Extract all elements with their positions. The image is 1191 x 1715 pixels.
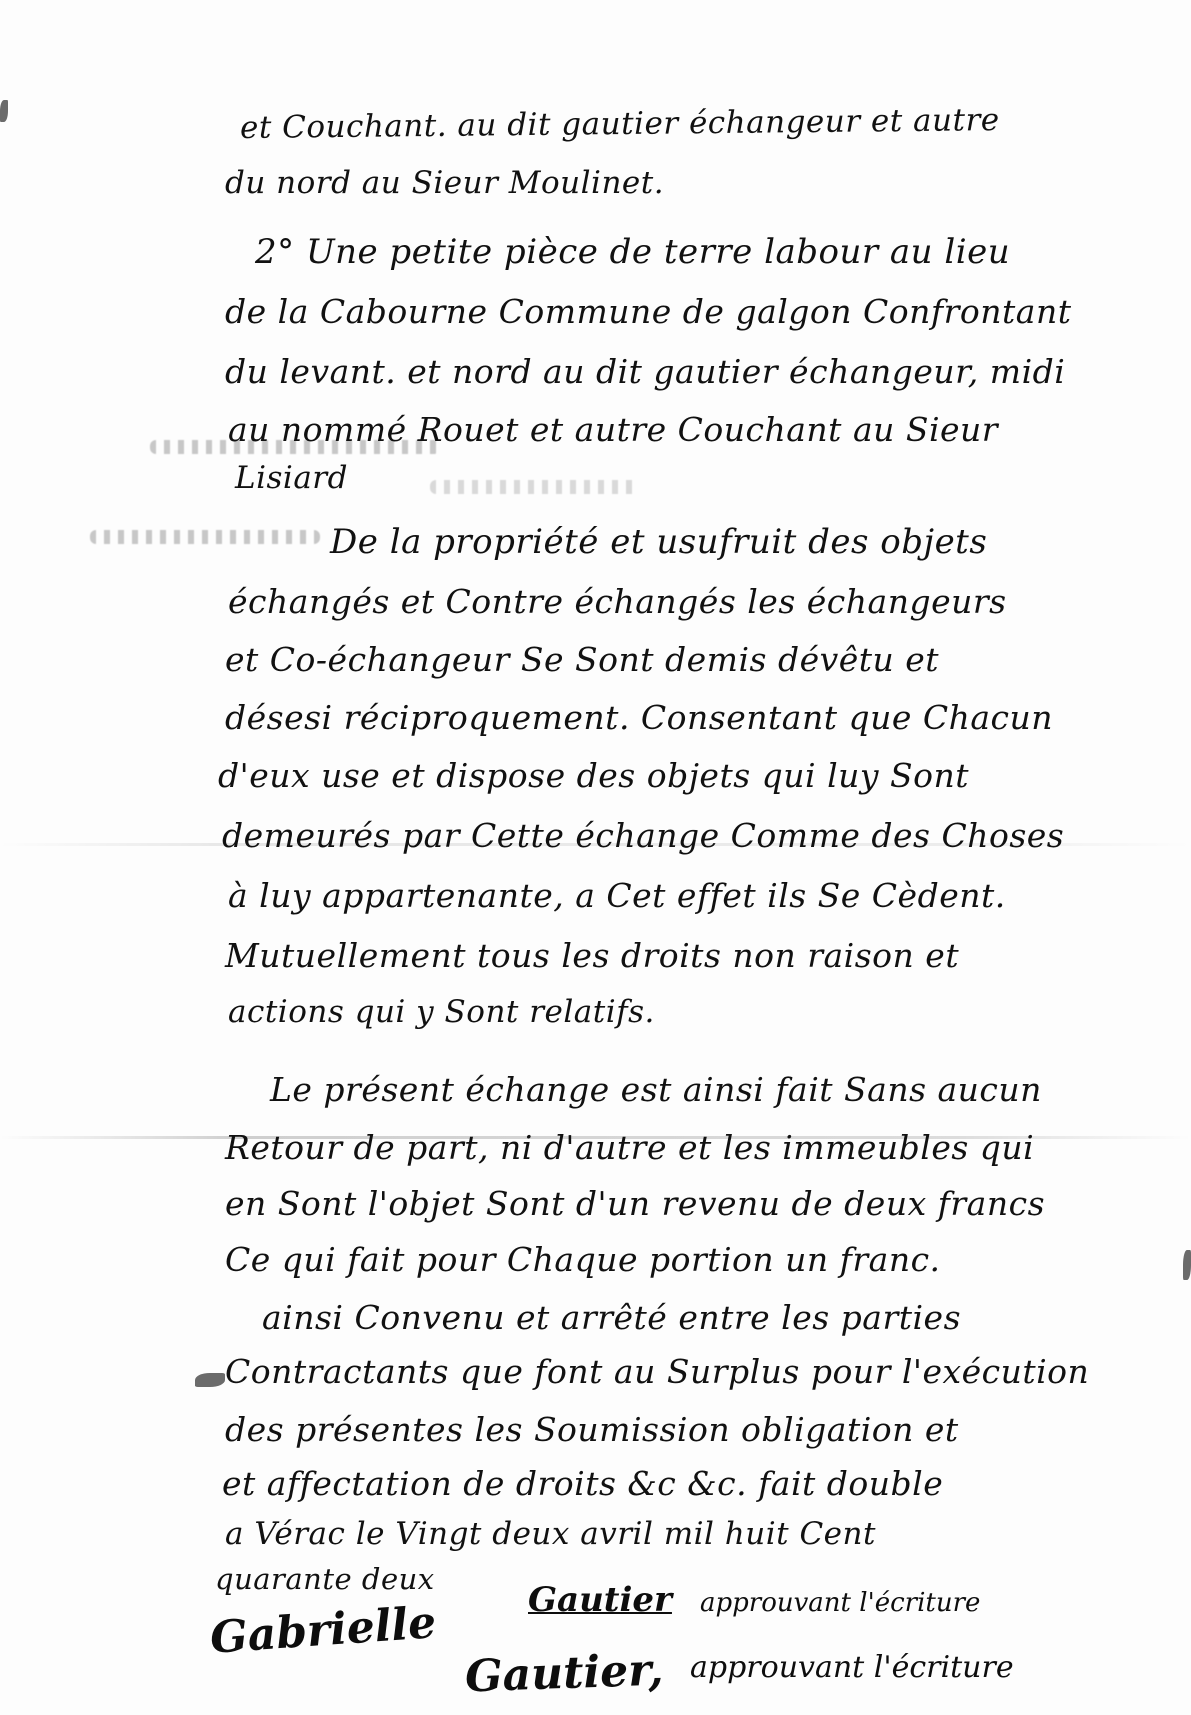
margin-stain [0,100,8,122]
text-line: Ce qui fait pour Chaque portion un franc… [225,1240,941,1279]
text-line: 2° Une petite pièce de terre labour au l… [255,232,1010,272]
text-line: au nommé Rouet et autre Couchant au Sieu… [228,410,998,449]
text-line: Contractants que font au Surplus pour l'… [225,1352,1089,1391]
signature-gabrielle: Gabrielle [208,1597,437,1664]
signature-gautier-bottom: Gautier, [464,1645,664,1703]
text-line: désesi réciproquement. Consentant que Ch… [225,698,1053,737]
text-line: du levant. et nord au dit gautier échang… [225,352,1065,391]
text-line: Lisiard [235,460,348,496]
text-line: échangés et Contre échangés les échangeu… [228,582,1007,621]
text-line: et Couchant. au dit gautier échangeur et… [240,102,1000,146]
approval-note-bottom: approuvant l'écriture [690,1650,1014,1685]
manuscript-page: et Couchant. au dit gautier échangeur et… [0,0,1191,1715]
text-line: de la Cabourne Commune de galgon Confron… [225,292,1071,331]
text-line: en Sont l'objet Sont d'un revenu de deux… [225,1184,1045,1223]
text-line: d'eux use et dispose des objets qui luy … [218,756,969,795]
text-line: Le présent échange est ainsi fait Sans a… [270,1070,1042,1109]
approval-note-top: approuvant l'écriture [700,1588,980,1618]
text-line: et affectation de droits &c &c. fait dou… [222,1464,943,1503]
text-line: du nord au Sieur Moulinet. [225,165,664,201]
text-line: a Vérac le Vingt deux avril mil huit Cen… [225,1516,876,1552]
text-line: des présentes les Soumission obligation … [225,1410,959,1449]
ink-bleed-through [430,480,640,494]
text-line: à luy appartenante, a Cet effet ils Se C… [228,876,1006,915]
text-line: ainsi Convenu et arrêté entre les partie… [262,1298,961,1337]
text-line: demeurés par Cette échange Comme des Cho… [222,816,1064,855]
text-line: De la propriété et usufruit des objets [330,522,987,562]
text-line: Mutuellement tous les droits non raison … [225,936,959,975]
ink-bleed-through [90,530,320,544]
signature-gautier-top: Gautier [528,1580,672,1620]
text-line: et Co-échangeur Se Sont demis dévêtu et [225,640,939,679]
margin-stain [1183,1250,1191,1280]
text-line: actions qui y Sont relatifs. [228,994,655,1030]
text-line: quarante deux [215,1562,435,1596]
margin-arrow-mark [195,1373,225,1387]
text-line: Retour de part, ni d'autre et les immeub… [225,1128,1034,1167]
